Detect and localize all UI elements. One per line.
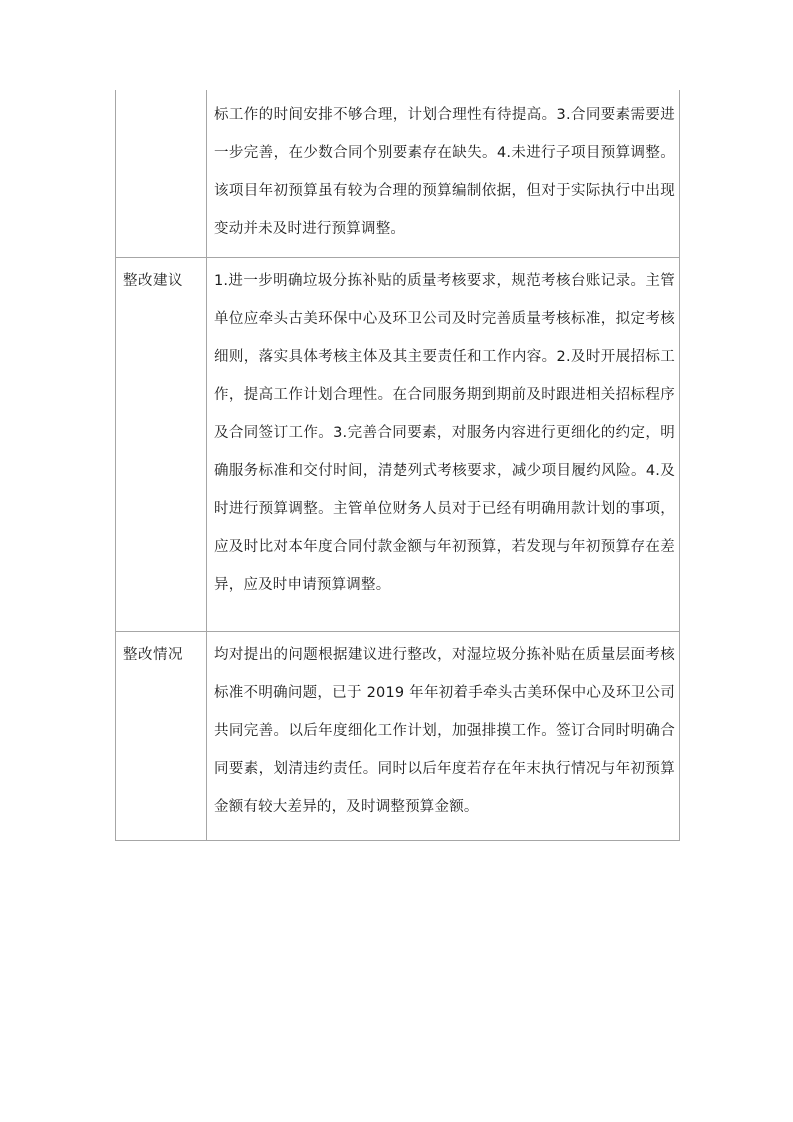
table-row-rectification-suggestions: 整改建议 1.进一步明确垃圾分拣补贴的质量考核要求，规范考核台账记录。主管单位应… (116, 257, 680, 631)
row-label (116, 90, 207, 257)
status-content: 均对提出的问题根据建议进行整改，对湿垃圾分拣补贴在质量层面考核标准不明确问题，已… (207, 631, 680, 840)
table-row-problems-continued: 标工作的时间安排不够合理，计划合理性有待提高。3.合同要素需要进一步完善，在少数… (116, 90, 680, 257)
row-label-suggestions: 整改建议 (116, 257, 207, 631)
table-row-rectification-status: 整改情况 均对提出的问题根据建议进行整改，对湿垃圾分拣补贴在质量层面考核标准不明… (116, 631, 680, 840)
evaluation-table: 标工作的时间安排不够合理，计划合理性有待提高。3.合同要素需要进一步完善，在少数… (115, 90, 680, 841)
problems-content: 标工作的时间安排不够合理，计划合理性有待提高。3.合同要素需要进一步完善，在少数… (207, 90, 680, 257)
suggestions-content: 1.进一步明确垃圾分拣补贴的质量考核要求，规范考核台账记录。主管单位应牵头古美环… (207, 257, 680, 631)
document-page: 标工作的时间安排不够合理，计划合理性有待提高。3.合同要素需要进一步完善，在少数… (0, 0, 793, 1122)
row-label-status: 整改情况 (116, 631, 207, 840)
